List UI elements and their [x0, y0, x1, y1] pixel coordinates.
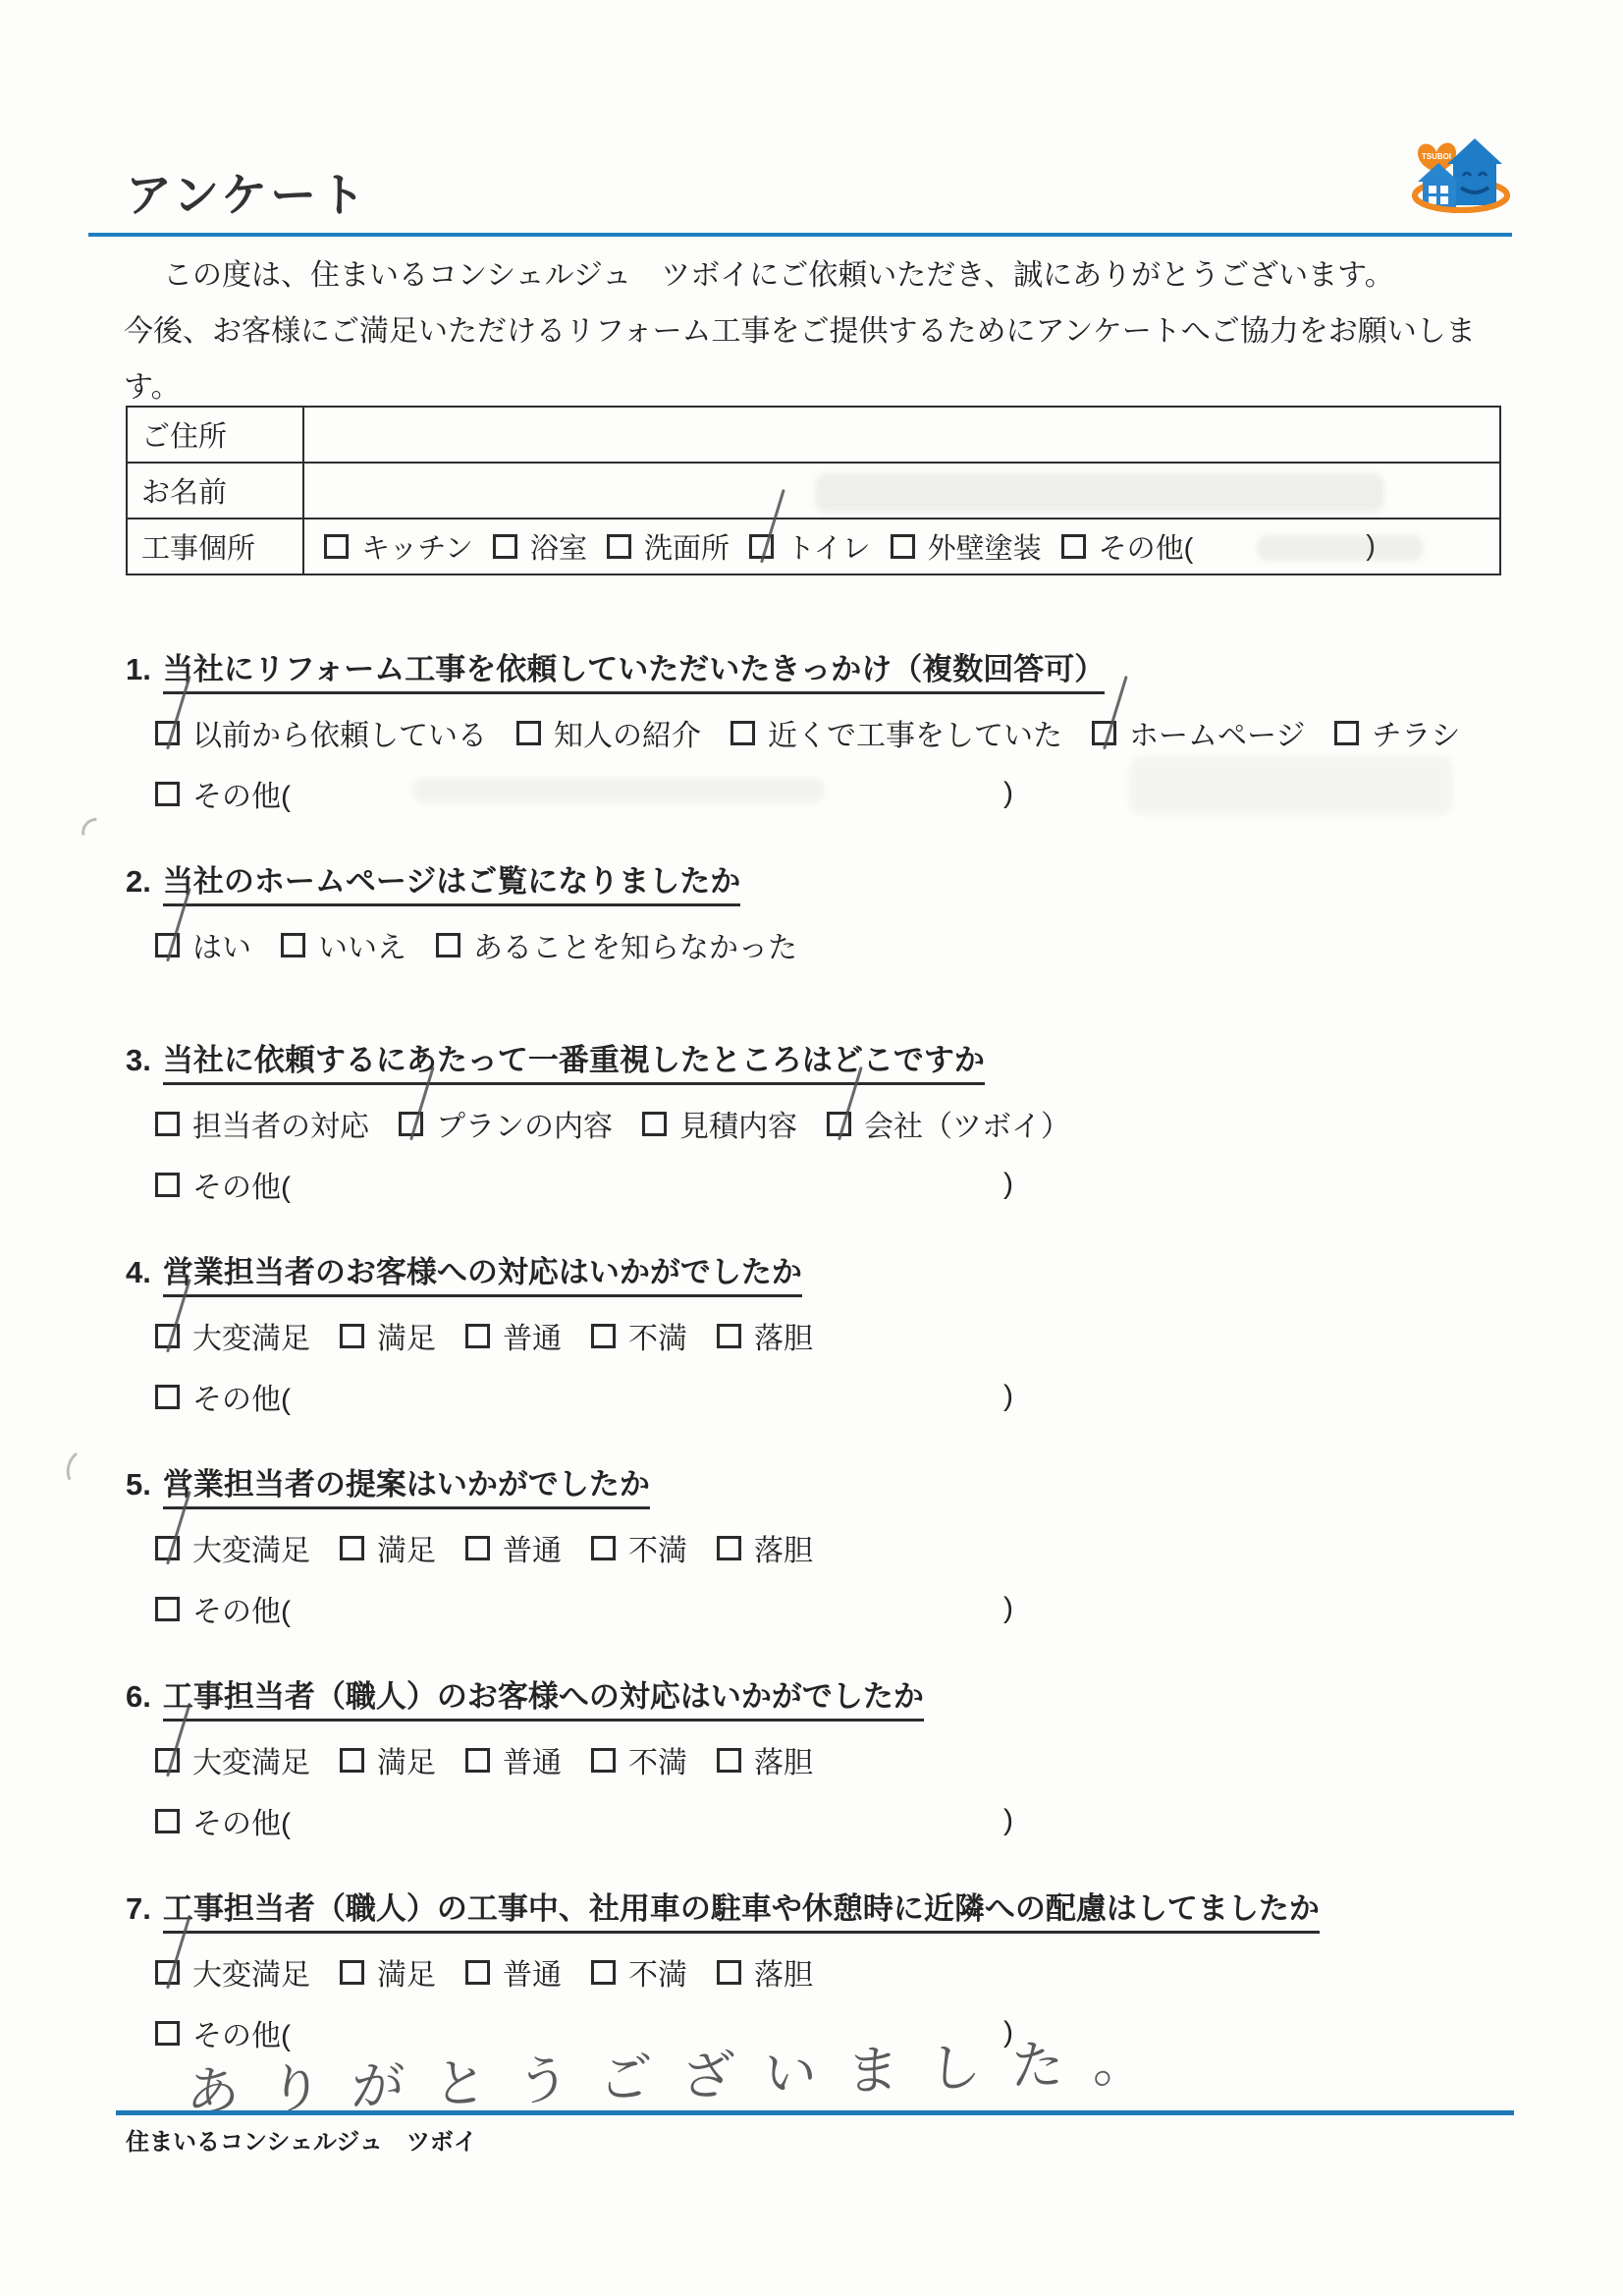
question-title: 工事担当者（職人）の工事中、社用車の駐車や休憩時に近隣への配慮はしてましたか — [163, 1891, 1320, 1934]
option-checkbox[interactable] — [827, 1112, 851, 1136]
question-heading: 1.当社にリフォーム工事を依頼していただいたきっかけ（複数回答可） — [126, 648, 1530, 691]
other-close-paren: ) — [1003, 1168, 1013, 1201]
question-options: 担当者の対応 プランの内容 見積内容 会社（ツボイ） — [155, 1104, 1530, 1143]
option: 普通 — [465, 1526, 562, 1569]
name-label: お名前 — [128, 464, 304, 518]
option-label: いいえ — [318, 923, 406, 966]
question-block: 6.工事担当者（職人）のお客様への対応はいかがでしたか 大変満足 満足 普通 不… — [126, 1675, 1530, 1842]
other-checkbox[interactable] — [155, 1597, 180, 1621]
work-other-label: その他( — [1099, 526, 1194, 567]
option-checkbox[interactable] — [493, 534, 517, 559]
option-checkbox[interactable] — [717, 1536, 741, 1560]
option-checkbox[interactable] — [591, 1324, 616, 1348]
option-checkbox[interactable] — [324, 534, 349, 559]
option: 普通 — [465, 1314, 562, 1357]
option: 満足 — [340, 1314, 436, 1357]
option-label: プランの内容 — [436, 1102, 613, 1145]
option: あることを知らなかった — [436, 923, 797, 966]
option-label: 落胆 — [754, 1738, 813, 1781]
option: 落胆 — [717, 1950, 813, 1994]
option-label: 洗面所 — [644, 526, 730, 567]
address-label: ご住所 — [128, 408, 304, 462]
option-label: 落胆 — [754, 1950, 813, 1994]
option: 満足 — [340, 1738, 436, 1781]
option-label: 普通 — [503, 1314, 562, 1357]
other-label: その他( — [192, 1375, 291, 1418]
option-label: 大変満足 — [192, 1950, 310, 1994]
option: 落胆 — [717, 1526, 813, 1569]
other-label: その他( — [192, 1799, 291, 1842]
scan-smudge — [815, 473, 1384, 513]
pen-artifact — [75, 810, 126, 861]
option: はい — [155, 923, 251, 966]
option: 満足 — [340, 1950, 436, 1994]
option-checkbox[interactable] — [436, 933, 460, 957]
question-number: 5. — [126, 1467, 151, 1502]
other-checkbox[interactable] — [155, 782, 180, 806]
scan-smudge — [1129, 756, 1453, 815]
option: 浴室 — [493, 526, 587, 567]
option-label: 普通 — [503, 1950, 562, 1994]
option-checkbox[interactable] — [465, 1748, 490, 1773]
option: 以前から依頼している — [155, 711, 487, 754]
option-label: 満足 — [377, 1950, 436, 1994]
intro-line-2: 今後、お客様にご満足いただけるリフォーム工事をご提供するためにアンケートへご協力… — [124, 303, 1518, 415]
question-block: 4.営業担当者のお客様への対応はいかがでしたか 大変満足 満足 普通 不満 落胆… — [126, 1251, 1530, 1418]
option-checkbox[interactable] — [155, 1112, 180, 1136]
option-checkbox[interactable] — [642, 1112, 667, 1136]
question-number: 3. — [126, 1043, 151, 1077]
option-checkbox[interactable] — [340, 1536, 364, 1560]
question-title: 当社にリフォーム工事を依頼していただいたきっかけ（複数回答可） — [163, 652, 1105, 694]
question-options: 大変満足 満足 普通 不満 落胆 — [155, 1952, 1530, 1992]
address-field[interactable] — [304, 408, 1499, 462]
option-checkbox[interactable] — [1334, 721, 1359, 745]
question-number: 1. — [126, 652, 151, 686]
option-label: 大変満足 — [192, 1314, 310, 1357]
work-other-checkbox[interactable] — [1061, 534, 1086, 559]
question-heading: 5.営業担当者の提案はいかがでしたか — [126, 1463, 1530, 1506]
option-checkbox[interactable] — [591, 1960, 616, 1985]
option: 外壁塗装 — [891, 526, 1042, 567]
option: 大変満足 — [155, 1526, 310, 1569]
address-row: ご住所 — [128, 408, 1499, 464]
question-title: 当社に依頼するにあたって一番重視したところはどこですか — [163, 1043, 985, 1085]
question-number: 2. — [126, 864, 151, 899]
other-checkbox[interactable] — [155, 1385, 180, 1409]
option-checkbox[interactable] — [730, 721, 755, 745]
question-block: 5.営業担当者の提案はいかがでしたか 大変満足 満足 普通 不満 落胆 その他(… — [126, 1463, 1530, 1630]
question-number: 6. — [126, 1679, 151, 1714]
option-checkbox[interactable] — [155, 1324, 180, 1348]
other-option-row: その他( ) — [155, 1587, 1530, 1630]
intro-paragraph: この度は、住まいるコンシェルジュ ツボイにご依頼いただき、誠にありがとうございま… — [124, 247, 1518, 415]
option-label: 満足 — [377, 1738, 436, 1781]
option-label: 大変満足 — [192, 1526, 310, 1569]
option-checkbox[interactable] — [155, 1748, 180, 1773]
option: キッチン — [324, 526, 473, 567]
pen-artifact — [62, 1447, 102, 1493]
other-close-paren: ) — [1003, 1804, 1013, 1837]
option: 不満 — [591, 1950, 687, 1994]
small-house-icon — [1418, 163, 1459, 207]
option-checkbox[interactable] — [155, 1536, 180, 1560]
option-label: 普通 — [503, 1526, 562, 1569]
option-label: トイレ — [786, 526, 871, 567]
scan-smudge — [412, 778, 825, 803]
option-checkbox[interactable] — [591, 1748, 616, 1773]
option-label: キッチン — [361, 526, 473, 567]
other-label: その他( — [192, 1587, 291, 1630]
option-checkbox[interactable] — [340, 1748, 364, 1773]
option-label: 落胆 — [754, 1526, 813, 1569]
option-label: 担当者の対応 — [192, 1102, 369, 1145]
footer-rule — [116, 2110, 1514, 2115]
option-label: はい — [192, 923, 251, 966]
option: プランの内容 — [399, 1102, 613, 1145]
option-checkbox[interactable] — [340, 1324, 364, 1348]
option: 知人の紹介 — [516, 711, 701, 754]
option: 大変満足 — [155, 1314, 310, 1357]
option: いいえ — [281, 923, 406, 966]
question-options: 大変満足 満足 普通 不満 落胆 — [155, 1528, 1530, 1567]
option: 普通 — [465, 1950, 562, 1994]
option-checkbox[interactable] — [1092, 721, 1116, 745]
question-block: 2.当社のホームページはご覧になりましたか はい いいえ あることを知らなかった — [126, 860, 1530, 964]
option-label: 満足 — [377, 1526, 436, 1569]
work-location-label: 工事個所 — [128, 519, 304, 574]
option-checkbox[interactable] — [340, 1960, 364, 1985]
question-title: 工事担当者（職人）のお客様への対応はいかがでしたか — [163, 1679, 924, 1722]
question-number: 7. — [126, 1891, 151, 1926]
question-heading: 2.当社のホームページはご覧になりましたか — [126, 860, 1530, 903]
intro-line-1: この度は、住まいるコンシェルジュ ツボイにご依頼いただき、誠にありがとうございま… — [124, 247, 1518, 303]
question-options: 大変満足 満足 普通 不満 落胆 — [155, 1316, 1530, 1355]
other-label: その他( — [192, 772, 291, 815]
other-close-paren: ) — [1003, 777, 1013, 810]
option-label: 普通 — [503, 1738, 562, 1781]
footer-company-name: 住まいるコンシェルジュ ツボイ — [126, 2122, 477, 2157]
survey-page: アンケート TSUBOI この度は、住まいるコンシェルジュ ツボイにご依頼いただ… — [0, 0, 1623, 2296]
option: チラシ — [1334, 711, 1460, 754]
other-option-row: その他( ) — [155, 1799, 1530, 1842]
option: 会社（ツボイ） — [827, 1102, 1070, 1145]
question-title: 営業担当者の提案はいかがでしたか — [163, 1467, 650, 1509]
other-checkbox[interactable] — [155, 1173, 180, 1197]
option-checkbox[interactable] — [749, 534, 774, 559]
option-label: 不満 — [628, 1314, 687, 1357]
option-label: 大変満足 — [192, 1738, 310, 1781]
question-options: はい いいえ あることを知らなかった — [155, 925, 1530, 964]
option-label: 近くで工事をしていた — [768, 711, 1062, 754]
option-label: ホームページ — [1129, 711, 1305, 754]
question-block: 3.当社に依頼するにあたって一番重視したところはどこですか 担当者の対応 プラン… — [126, 1039, 1530, 1206]
other-close-paren: ) — [1003, 1380, 1013, 1413]
option: 大変満足 — [155, 1738, 310, 1781]
option-label: 満足 — [377, 1314, 436, 1357]
page-title: アンケート — [126, 159, 368, 225]
option-label: 外壁塗装 — [928, 526, 1042, 567]
question-heading: 6.工事担当者（職人）のお客様への対応はいかがでしたか — [126, 1675, 1530, 1719]
option: 満足 — [340, 1526, 436, 1569]
option: 普通 — [465, 1738, 562, 1781]
question-number: 4. — [126, 1255, 151, 1289]
other-option-row: その他( ) — [155, 1375, 1530, 1418]
option-checkbox[interactable] — [516, 721, 541, 745]
option: 不満 — [591, 1314, 687, 1357]
option: ホームページ — [1092, 711, 1305, 754]
other-label: その他( — [192, 1163, 291, 1206]
option-label: 以前から依頼している — [192, 711, 487, 754]
option-checkbox[interactable] — [891, 534, 915, 559]
option: トイレ — [749, 526, 871, 567]
option-checkbox[interactable] — [717, 1324, 741, 1348]
option-checkbox[interactable] — [281, 933, 305, 957]
option-label: あることを知らなかった — [473, 923, 797, 966]
option-label: 浴室 — [530, 526, 587, 567]
option-label: 不満 — [628, 1526, 687, 1569]
option-checkbox[interactable] — [607, 534, 631, 559]
question-title: 営業担当者のお客様への対応はいかがでしたか — [163, 1255, 802, 1297]
other-option-row: その他( ) — [155, 1163, 1530, 1206]
option-checkbox[interactable] — [399, 1112, 423, 1136]
option-checkbox[interactable] — [717, 1960, 741, 1985]
option-checkbox[interactable] — [717, 1748, 741, 1773]
title-underline — [88, 233, 1512, 237]
other-checkbox[interactable] — [155, 2021, 180, 2046]
option-checkbox[interactable] — [591, 1536, 616, 1560]
question-title: 当社のホームページはご覧になりましたか — [163, 864, 740, 906]
option-label: チラシ — [1372, 711, 1460, 754]
option-checkbox[interactable] — [155, 1960, 180, 1985]
option-checkbox[interactable] — [155, 933, 180, 957]
option-label: 不満 — [628, 1738, 687, 1781]
option-label: 見積内容 — [679, 1102, 797, 1145]
option: 担当者の対応 — [155, 1102, 369, 1145]
tsuboi-logo: TSUBOI — [1412, 131, 1512, 221]
other-checkbox[interactable] — [155, 1809, 180, 1833]
other-close-paren: ) — [1003, 1592, 1013, 1625]
question-options: 以前から依頼している 知人の紹介 近くで工事をしていた ホームページ チラシ — [155, 713, 1530, 752]
option-checkbox[interactable] — [465, 1324, 490, 1348]
option: 近くで工事をしていた — [730, 711, 1062, 754]
question-heading: 3.当社に依頼するにあたって一番重視したところはどこですか — [126, 1039, 1530, 1082]
option: 落胆 — [717, 1314, 813, 1357]
logo-heart-text: TSUBOI — [1422, 152, 1451, 161]
option-checkbox[interactable] — [465, 1960, 490, 1985]
option-label: 会社（ツボイ） — [864, 1102, 1070, 1145]
option: 不満 — [591, 1738, 687, 1781]
question-heading: 7.工事担当者（職人）の工事中、社用車の駐車や休憩時に近隣への配慮はしてましたか — [126, 1887, 1530, 1931]
option: 見積内容 — [642, 1102, 797, 1145]
option-label: 不満 — [628, 1950, 687, 1994]
option-checkbox[interactable] — [155, 721, 180, 745]
option: 洗面所 — [607, 526, 730, 567]
option: 大変満足 — [155, 1950, 310, 1994]
option-checkbox[interactable] — [465, 1536, 490, 1560]
option: 落胆 — [717, 1738, 813, 1781]
question-options: 大変満足 満足 普通 不満 落胆 — [155, 1740, 1530, 1779]
scan-smudge — [1257, 535, 1424, 561]
option-label: 落胆 — [754, 1314, 813, 1357]
option: 不満 — [591, 1526, 687, 1569]
question-heading: 4.営業担当者のお客様への対応はいかがでしたか — [126, 1251, 1530, 1294]
option-label: 知人の紹介 — [554, 711, 701, 754]
questions-list: 1.当社にリフォーム工事を依頼していただいたきっかけ（複数回答可） 以前から依頼… — [126, 648, 1530, 2100]
